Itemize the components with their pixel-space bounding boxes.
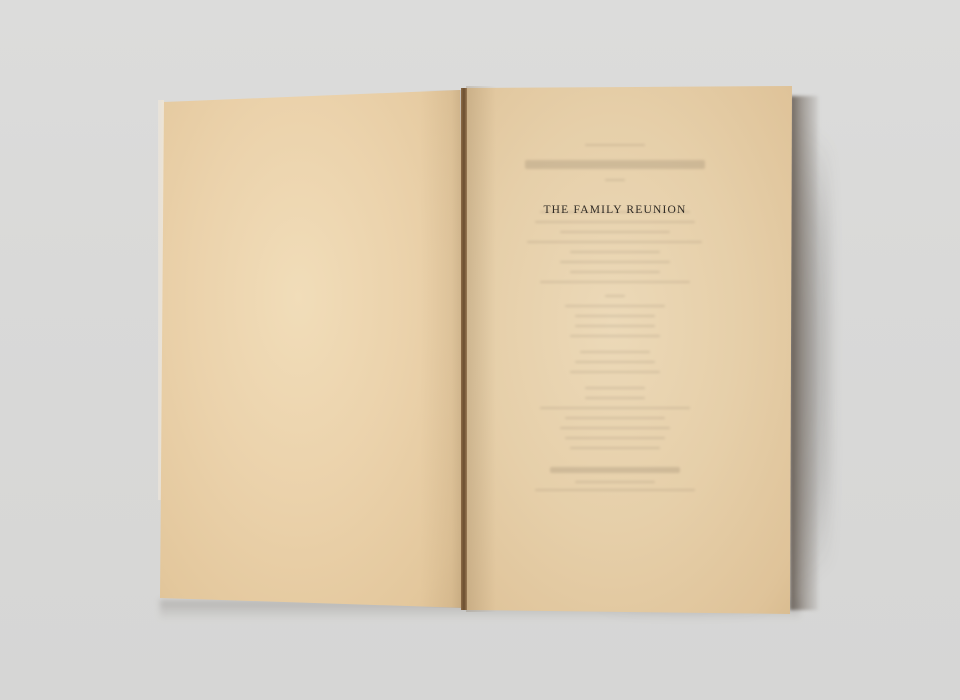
book-title: THE FAMILY REUNION [500,204,730,216]
right-page-gutter-shade [466,86,496,612]
show-through-text [500,140,730,540]
book-edge-shadow [790,96,818,610]
book-gutter [461,88,467,610]
left-page-gutter-shade [420,90,465,608]
photo-scene: THE FAMILY REUNION [0,0,960,700]
